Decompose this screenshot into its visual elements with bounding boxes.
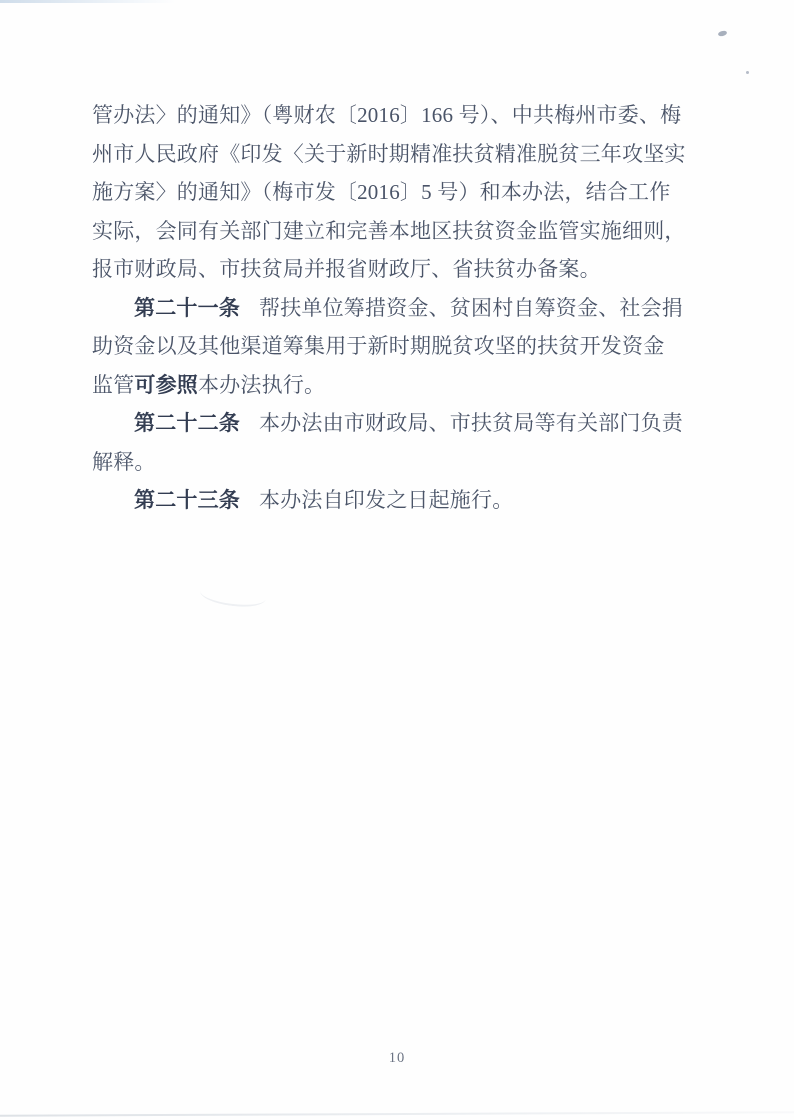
scan-edge-artifact-top: [0, 0, 176, 3]
intro-line-2: 州市人民政府《印发〈关于新时期精准扶贫精准脱贫三年攻坚实: [92, 142, 686, 166]
article-23-number: 第二十三条: [134, 488, 240, 512]
text-line: 解释。: [92, 443, 688, 482]
page-number: 10: [0, 1048, 794, 1068]
article-21-line-3-pre: 监管: [92, 373, 134, 397]
article-21-line-3-rest: 本办法执行。: [198, 373, 325, 397]
document-page: 管办法〉的通知》（粤财农〔2016〕166 号）、中共梅州市委、梅 州市人民政府…: [0, 0, 794, 1120]
intro-line-1: 管办法〉的通知》（粤财农〔2016〕166 号）、中共梅州市委、梅: [92, 103, 681, 127]
text-line: 第二十二条本办法由市财政局、市扶贫局等有关部门负责: [92, 404, 688, 443]
text-line: 第二十三条本办法自印发之日起施行。: [92, 481, 688, 520]
article-23-line-1: 本办法自印发之日起施行。: [259, 488, 513, 512]
article-21-number: 第二十一条: [134, 296, 240, 320]
text-line: 监管可参照本办法执行。: [92, 366, 688, 405]
text-line: 州市人民政府《印发〈关于新时期精准扶贫精准脱贫三年攻坚实: [92, 135, 688, 174]
scan-speck: [717, 30, 727, 38]
intro-line-4: 实际，会同有关部门建立和完善本地区扶贫资金监管实施细则，: [92, 219, 686, 243]
text-line: 施方案〉的通知》（梅市发〔2016〕5 号）和本办法，结合工作: [92, 173, 688, 212]
text-block: 管办法〉的通知》（粤财农〔2016〕166 号）、中共梅州市委、梅 州市人民政府…: [92, 96, 688, 520]
article-21-line-3-bold: 可参照: [134, 373, 198, 397]
text-line: 实际，会同有关部门建立和完善本地区扶贫资金监管实施细则，: [92, 212, 688, 251]
article-22-number: 第二十二条: [134, 411, 240, 435]
scan-smudge: [199, 580, 267, 610]
text-line: 报市财政局、市扶贫局并报省财政厅、省扶贫办备案。: [92, 250, 688, 289]
text-line: 助资金以及其他渠道筹集用于新时期脱贫攻坚的扶贫开发资金: [92, 327, 688, 366]
article-22-line-2: 解释。: [92, 450, 156, 474]
article-21-line-2: 助资金以及其他渠道筹集用于新时期脱贫攻坚的扶贫开发资金: [92, 334, 664, 358]
scan-edge-artifact-bottom: [0, 1111, 794, 1116]
scan-speck: [746, 71, 749, 74]
article-22-line-1: 本办法由市财政局、市扶贫局等有关部门负责: [259, 411, 683, 435]
intro-line-5: 报市财政局、市扶贫局并报省财政厅、省扶贫办备案。: [92, 257, 601, 281]
text-line: 管办法〉的通知》（粤财农〔2016〕166 号）、中共梅州市委、梅: [92, 96, 688, 135]
text-line: 第二十一条帮扶单位筹措资金、贫困村自筹资金、社会捐: [92, 289, 688, 328]
article-21-line-1: 帮扶单位筹措资金、贫困村自筹资金、社会捐: [259, 296, 683, 320]
intro-line-3: 施方案〉的通知》（梅市发〔2016〕5 号）和本办法，结合工作: [92, 180, 670, 204]
